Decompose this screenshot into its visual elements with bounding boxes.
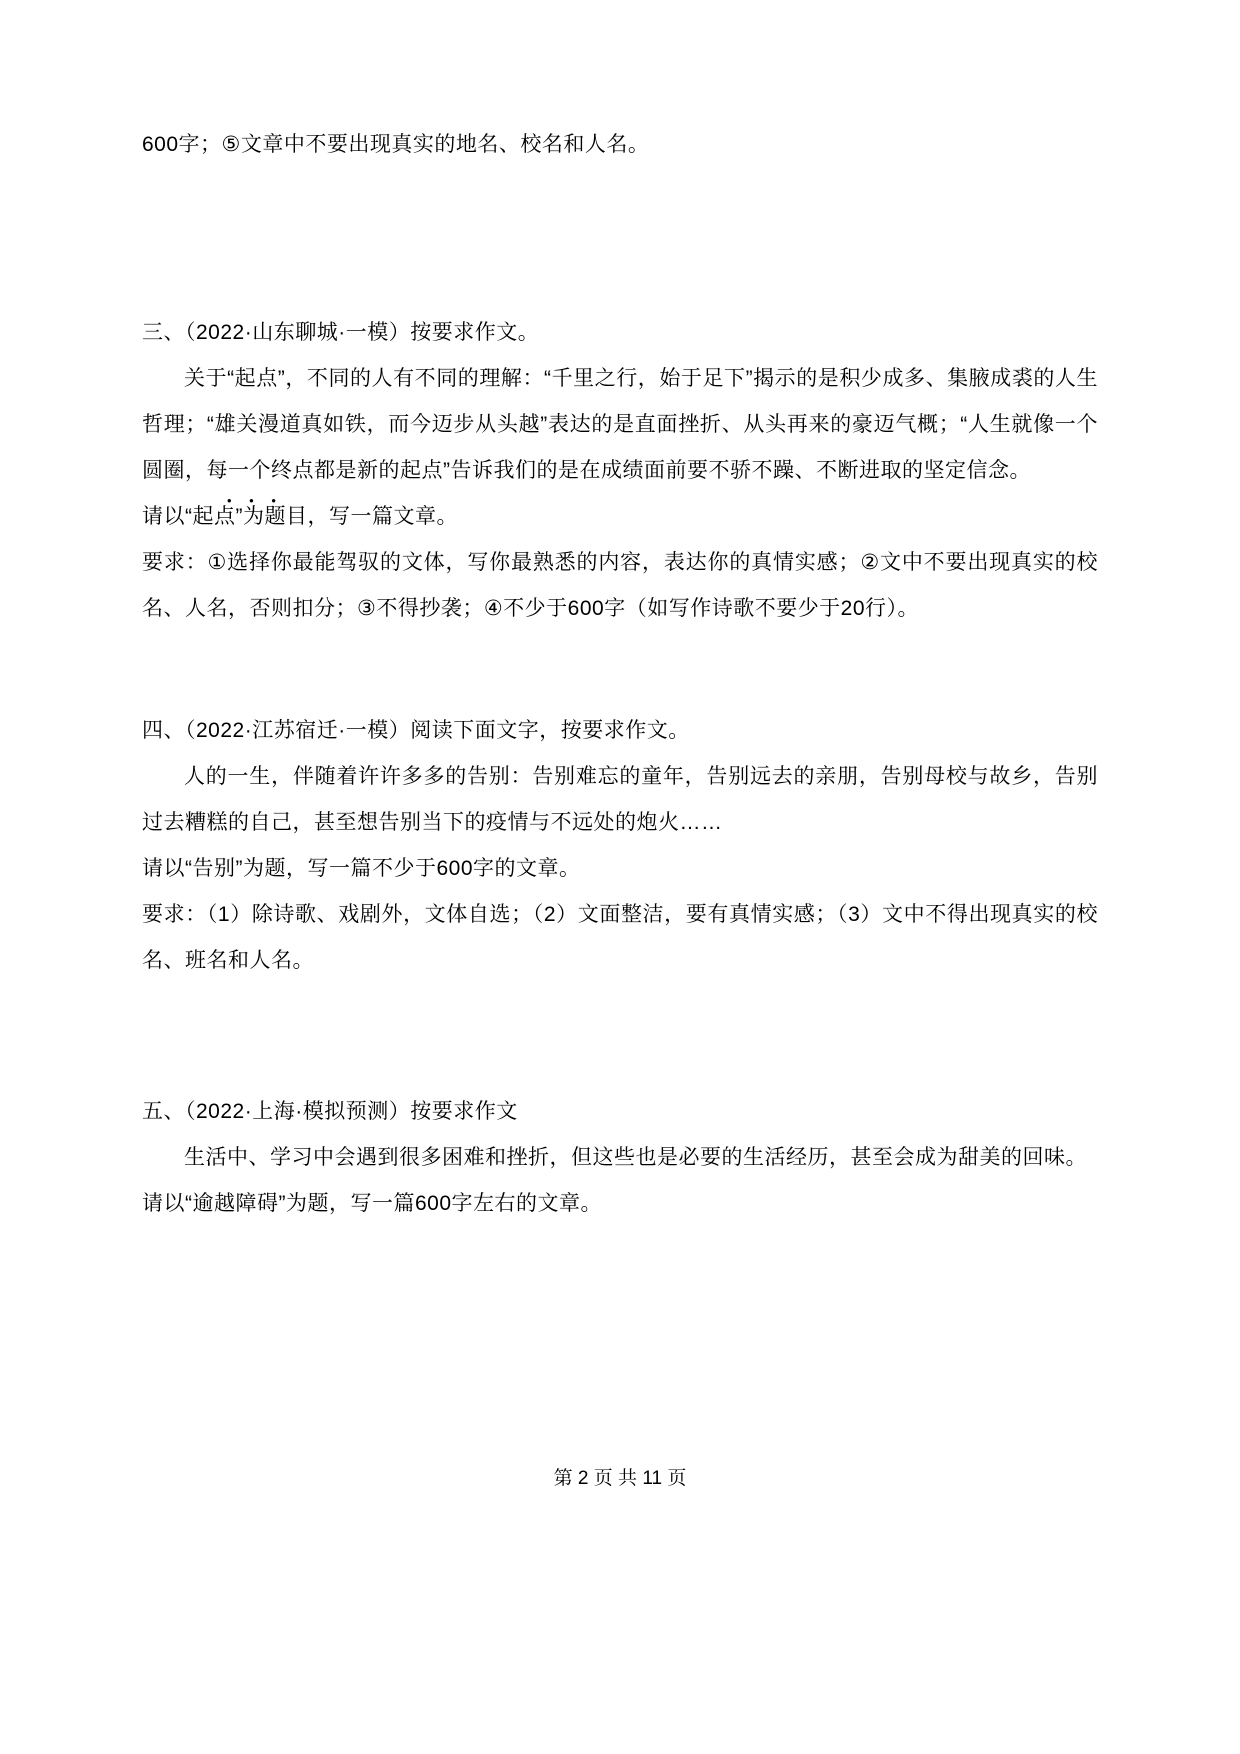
section3-body: 关于“起点”，不同的人有不同的理解：“千里之行，始于足下”揭示的是积少成多、集腋…: [142, 356, 1098, 494]
section3-prompt-suffix: ，写一篇文章。: [308, 505, 459, 528]
document-content: 600字；⑤文章中不要出现真实的地名、校名和人名。 三、（2022·山东聊城·一…: [142, 122, 1098, 1227]
section3-prompt: 请以“起点”为题目，写一篇文章。: [142, 494, 1098, 540]
section3-prompt-prefix: 请以“起点”: [142, 505, 243, 528]
section3-title: 三、（2022·山东聊城·一模）按要求作文。: [142, 310, 1098, 356]
section5-title: 五、（2022·上海·模拟预测）按要求作文: [142, 1089, 1098, 1135]
section5-prompt: 请以“逾越障碍”为题，写一篇600字左右的文章。: [142, 1181, 1098, 1227]
section4-title: 四、（2022·江苏宿迁·一模）阅读下面文字，按要求作文。: [142, 708, 1098, 754]
section4-prompt: 请以“告别”为题，写一篇不少于600字的文章。: [142, 846, 1098, 892]
section3-requirements: 要求：①选择你最能驾驭的文体，写你最熟悉的内容，表达你的真情实感；②文中不要出现…: [142, 540, 1098, 632]
carryover-line: 600字；⑤文章中不要出现真实的地名、校名和人名。: [142, 122, 1098, 168]
page-number-footer: 第 2 页 共 11 页: [0, 1466, 1240, 1492]
section5-body: 生活中、学习中会遇到很多困难和挫折，但这些也是必要的生活经历，甚至会成为甜美的回…: [142, 1135, 1098, 1181]
section4-requirements: 要求：（1）除诗歌、戏剧外，文体自选；（2）文面整洁，要有真情实感；（3）文中不…: [142, 892, 1098, 984]
section4-body: 人的一生，伴随着许许多多的告别：告别难忘的童年，告别远去的亲朋，告别母校与故乡，…: [142, 754, 1098, 846]
section3-prompt-emphasized-text: 为题目: [243, 505, 308, 528]
document-page: 600字；⑤文章中不要出现真实的地名、校名和人名。 三、（2022·山东聊城·一…: [0, 0, 1240, 1754]
